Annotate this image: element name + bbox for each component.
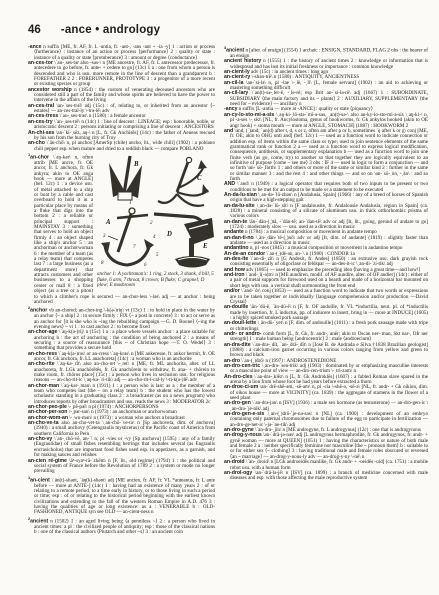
- right-column: 3ancient n [alter. of ensign] (1554) 1 a…: [224, 45, 428, 535]
- headword: an-dan-te: [224, 219, 247, 225]
- headword: and/or: [224, 288, 240, 294]
- headword: an-dan-ti-no: [224, 235, 254, 241]
- dictionary-entry: an-cho-rite \ˈaŋ-kə-ˌrīt\ also an-cho-re…: [28, 362, 215, 383]
- anchor-d-plow: D: [154, 214, 214, 244]
- headword: -ance: [28, 44, 41, 50]
- headword: an-dro-cen-tric: [224, 363, 260, 369]
- headword: an-cil-lary: [224, 90, 248, 96]
- guide-words: -ance • andrology: [61, 24, 160, 36]
- part-label-2: 2: [150, 221, 153, 226]
- headword: an-des-ite: [224, 256, 248, 262]
- headword: an-douille: [224, 304, 248, 310]
- dictionary-entry: an-chor-age \ˈaŋ-k(ə-)rij\ n (15c) 1 a :…: [28, 330, 215, 351]
- figure-label-E: E: [202, 243, 208, 250]
- dictionary-entry: an-drol-ogy \an-ˈdrä-lə-jē\ n [ISV] (ca.…: [224, 471, 428, 482]
- headword: an-droid: [224, 459, 245, 465]
- figure-label-B: B: [133, 161, 139, 168]
- anchor-a-yachtsmans: A 1 2 3 4 5 6 7: [101, 201, 159, 268]
- dictionary-entry: 1an-cient \ˈān(t)-shənt, ˈāŋ(k)-shənt\ a…: [28, 475, 215, 516]
- figure-label-A: A: [105, 219, 111, 226]
- part-label-6: 6: [144, 263, 147, 268]
- headword: an-cient: [30, 477, 50, 483]
- figure-label-D: D: [166, 231, 172, 238]
- headword: an-cho-ress: [28, 351, 57, 357]
- anchor-e-mushroom: E: [175, 238, 210, 268]
- anchor-figure-art: B C: [97, 154, 215, 270]
- page-header: 46 -ance • andrology: [0, 0, 439, 43]
- headword: an-cy-lo-sto-mi-a-sis: [224, 112, 274, 118]
- headword: an-chor-man: [28, 383, 59, 389]
- left-column: -ance n suffix [ME, fr. AF, fr. L -antia…: [28, 45, 215, 535]
- headword: an-dro-gen-e-sis: [224, 411, 264, 417]
- dictionary-entry: -ance n suffix [ME, fr. AF, fr. L -antia…: [28, 45, 215, 61]
- headword: and: [224, 128, 233, 134]
- figure-label-C: C: [197, 175, 202, 182]
- part-label-7: 7: [133, 245, 136, 250]
- dictionary-entry: and \ənd, (ˈ)and; ˈan(d) after t, d, s o…: [224, 129, 428, 182]
- page-number: 46: [28, 24, 41, 36]
- dictionary-entry: 2anchor vb an-chored; an-chor-ing \-k(ə-…: [28, 305, 215, 330]
- anchor-b-fluke: B: [109, 156, 142, 200]
- part-label-5: 5: [156, 253, 159, 258]
- dictionary-entry: an-da-lu-site \ˌan-də-ˈlü-ˌsīt\ n [F and…: [224, 204, 428, 220]
- headword: An-dro-cles: [224, 374, 253, 380]
- dictionary-entry: and-iron \ˈand-ˌī(-ə)rn\ n [ME aundiren,…: [224, 273, 428, 289]
- headword: ancestor worship: [28, 87, 72, 93]
- headword: AND: [224, 181, 235, 187]
- headword: an-cien ré-gime: [28, 458, 67, 464]
- dictionary-entry: an-cien ré-gime \äⁿ-syaⁿ-rā-ˈzhēm\ n [F,…: [28, 459, 215, 475]
- figure-caption: anchor 1: A yachtsman's: 1 ring, 2 stock…: [97, 272, 215, 289]
- part-label-4: 4: [153, 235, 156, 240]
- headword: an-drol-ogy: [224, 470, 252, 476]
- headword: andr- or andro-: [224, 331, 262, 337]
- headword: ancient history: [224, 58, 261, 64]
- dictionary-entry: an-drog-y-nous \an-ˈdrä-jə-nəs\ adj [L a…: [224, 433, 428, 460]
- dictionary-entry: an-cy-lo-sto-mi-a-sis \ˌaŋ-ki-ˌlō-stə-ˈm…: [224, 113, 428, 129]
- headword: anchor: [30, 308, 47, 314]
- dictionary-entry: an-cho-vy \ˈan-ˌchō-vē, an-ˈ\ n, pl -vie…: [28, 437, 215, 458]
- headword: an-ces-try: [28, 119, 53, 125]
- headword: An-chi-ses: [28, 130, 54, 136]
- dictionary-entry: an-dro-gen-e-sis \ˌan-(ˌ)drō-ˈje-nə-səs\…: [224, 412, 428, 428]
- dictionary-entry: and/or \ˈand-ˈȯr\ conj (1853) — used as …: [224, 289, 428, 305]
- headword: an-cho-rite: [28, 361, 55, 367]
- headword: an-ces-tral: [28, 103, 54, 109]
- dictionary-entry: an-droe-ci-um \an-ˈdrē-shē-əm, -sē-əm\ n…: [224, 385, 428, 401]
- headword: An-da-lu-sian: [224, 192, 257, 198]
- headword: an-cil-la: [224, 80, 243, 86]
- headword: an-dro-gen: [224, 400, 251, 406]
- anchor-c-grapnel: C: [158, 157, 209, 205]
- headword: ancient: [30, 518, 48, 524]
- dictionary-entry: an-cho-ve-ta also an-cho-vet-ta \ˌan-chō…: [28, 421, 215, 437]
- headword: an-dra-dite: [224, 342, 251, 348]
- dictionary-entry: andr- or andro- comb form [L, fr. Gk, fr…: [224, 332, 428, 343]
- headword: an-douil-lette: [224, 320, 256, 326]
- headword: an-chor: [30, 155, 49, 161]
- dictionary-entry: ancestor worship n (1854) : the custom o…: [28, 88, 215, 104]
- text-columns: -ance n suffix [ME, fr. AF, fr. L -antia…: [0, 43, 439, 535]
- headword: an-cho: [28, 140, 45, 146]
- dictionary-entry: an-ces-tor \ˈan-ˌses-tər also -səs-\ n […: [28, 61, 215, 88]
- headword: an-da-lu-site: [224, 203, 255, 209]
- dictionary-entry: an-dra-dite \ˈan-drə-ˌdīt, ˈan-ˌdrā-ˌdīt…: [224, 343, 428, 359]
- part-label-3: 3: [103, 234, 106, 239]
- headword: ancient: [226, 48, 244, 54]
- part-label-8: 8: [101, 261, 104, 266]
- dictionary-entry: an-cho \ˈän-chō\ n, pl anchos [AmerSp (c…: [28, 141, 215, 152]
- headword: an-cho-vy: [28, 436, 52, 442]
- headword: an-drog-y-nous: [224, 432, 262, 438]
- headword: an-cho-ve-ta: [28, 420, 59, 426]
- headword: and-iron: [224, 272, 245, 278]
- dictionary-entry: an-douille \än-ˈdü-ē, ˈän-dü-ē\ n [F, fr…: [224, 305, 428, 321]
- left-column-top-entries: -ance n suffix [ME, fr. AF, fr. L -antia…: [28, 45, 215, 152]
- part-label-1: 1: [129, 201, 132, 206]
- headword: an-droe-ci-um: [224, 384, 258, 390]
- dictionary-entry: an-ces-try \ˈan-ˌses-trē\ n (14c) 1 : li…: [28, 120, 215, 131]
- dictionary-entry: an-chor-man \ˈaŋ-kər-ˌman\ n (1911) 1 : …: [28, 384, 215, 405]
- headword: an-ces-tor: [28, 60, 53, 66]
- headword: an-chor-age: [28, 329, 57, 335]
- dictionary-page: 46 -ance • andrology -ance n suffix [ME,…: [0, 0, 439, 595]
- anchor-illustration: B C: [97, 154, 215, 289]
- dictionary-entry: 2ancient n (1502) 1 : an aged living bei…: [28, 516, 215, 536]
